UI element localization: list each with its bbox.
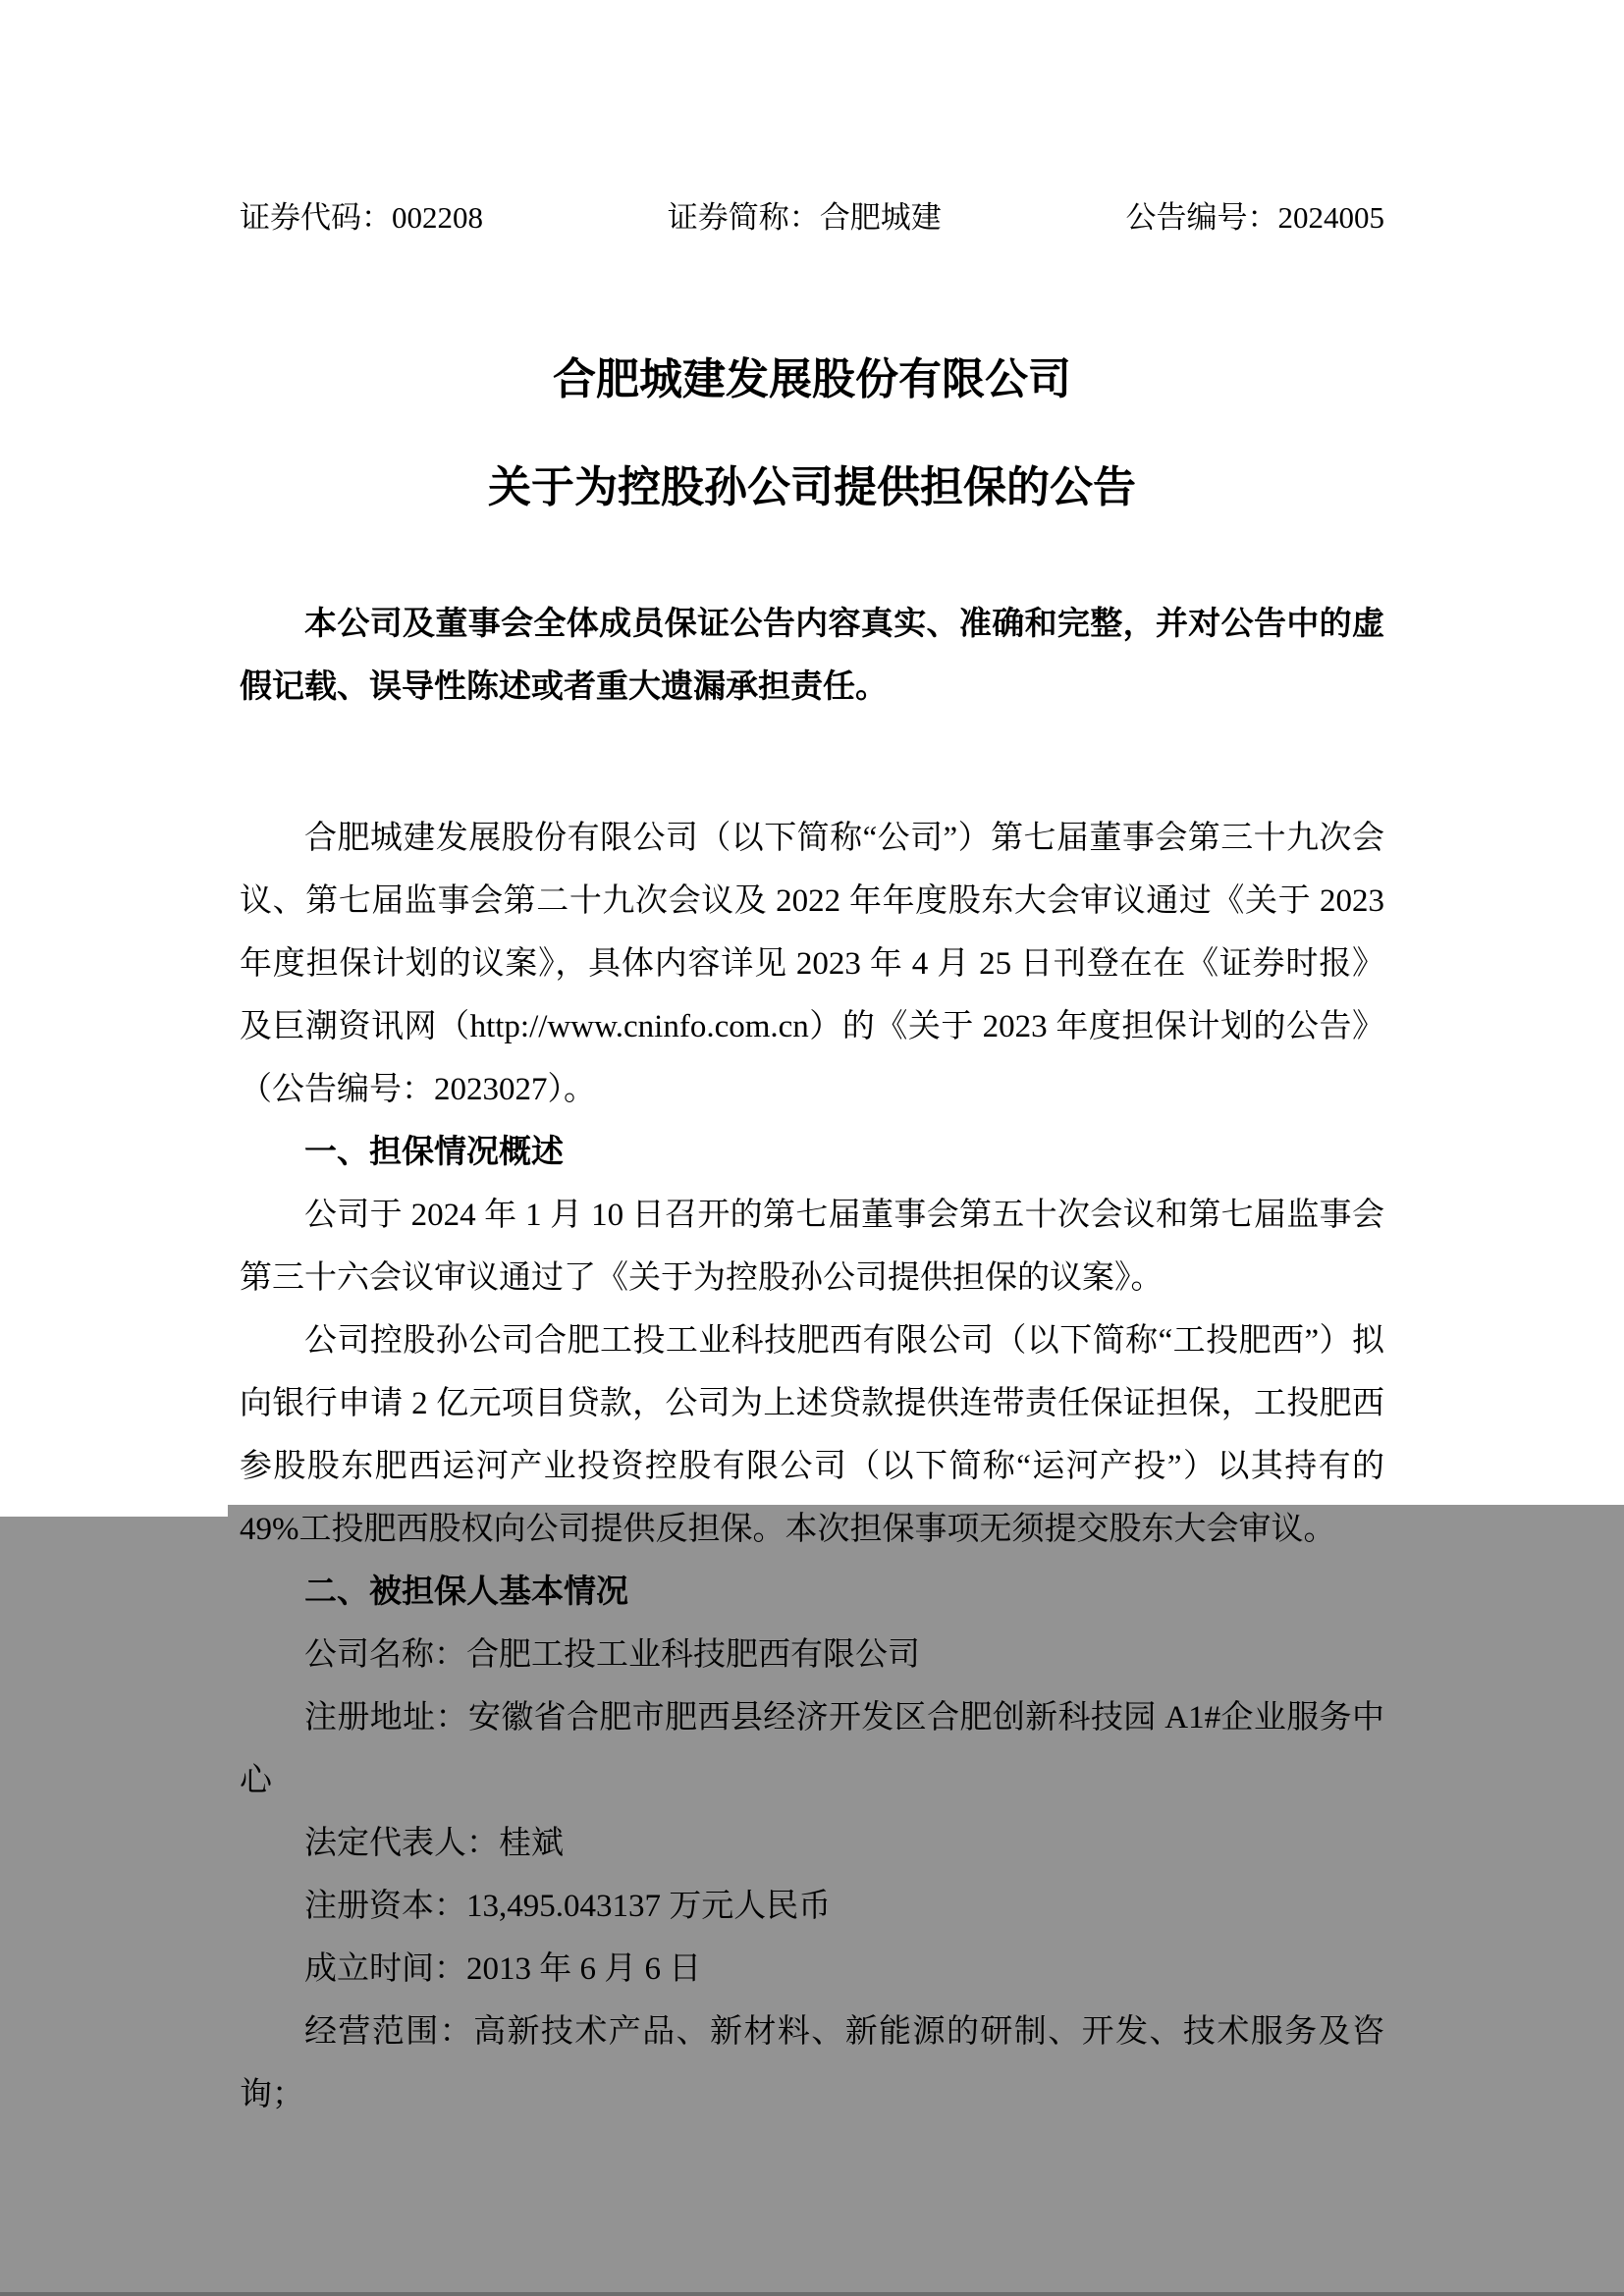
document-title: 合肥城建发展股份有限公司 关于为控股孙公司提供担保的公告 [240, 326, 1384, 542]
registered-capital-line: 注册资本：13,495.043137 万元人民币 [240, 1875, 1384, 1938]
establishment-date-line: 成立时间：2013 年 6 月 6 日 [240, 1938, 1384, 2001]
title-line-company: 合肥城建发展股份有限公司 [240, 326, 1384, 434]
announcement-number: 公告编号：2024005 [1126, 198, 1385, 238]
document-header-row: 证券代码：002208 证券简称：合肥城建 公告编号：2024005 [240, 0, 1384, 238]
integrity-statement: 本公司及董事会全体成员保证公告内容真实、准确和完整，并对公告中的虚假记载、误导性… [240, 593, 1384, 719]
stock-code: 证券代码：002208 [240, 198, 483, 238]
section2-heading: 二、被担保人基本情况 [240, 1561, 1384, 1624]
section1-heading: 一、担保情况概述 [240, 1121, 1384, 1184]
registered-address-line: 注册地址：安徽省合肥市肥西县经济开发区合肥创新科技园 A1#企业服务中心 [240, 1686, 1384, 1812]
stock-short-name: 证券简称：合肥城建 [668, 198, 942, 238]
section1-paragraph-guarantee: 公司控股孙公司合肥工投工业科技肥西有限公司（以下简称“工投肥西”）拟向银行申请 … [240, 1309, 1384, 1561]
document-content: 证券代码：002208 证券简称：合肥城建 公告编号：2024005 合肥城建发… [0, 0, 1624, 2126]
legal-representative-line: 法定代表人：桂斌 [240, 1812, 1384, 1875]
intro-paragraph: 合肥城建发展股份有限公司（以下简称“公司”）第七届董事会第三十九次会议、第七届监… [240, 807, 1384, 1121]
title-line-subject: 关于为控股孙公司提供担保的公告 [240, 434, 1384, 542]
announcement-page: 证券代码：002208 证券简称：合肥城建 公告编号：2024005 合肥城建发… [0, 0, 1624, 2296]
business-scope-line: 经营范围：高新技术产品、新材料、新能源的研制、开发、技术服务及咨询； [240, 2001, 1384, 2126]
page-bottom-edge [0, 2292, 1624, 2296]
company-name-line: 公司名称：合肥工投工业科技肥西有限公司 [240, 1624, 1384, 1686]
section1-paragraph-meeting: 公司于 2024 年 1 月 10 日召开的第七届董事会第五十次会议和第七届监事… [240, 1184, 1384, 1309]
